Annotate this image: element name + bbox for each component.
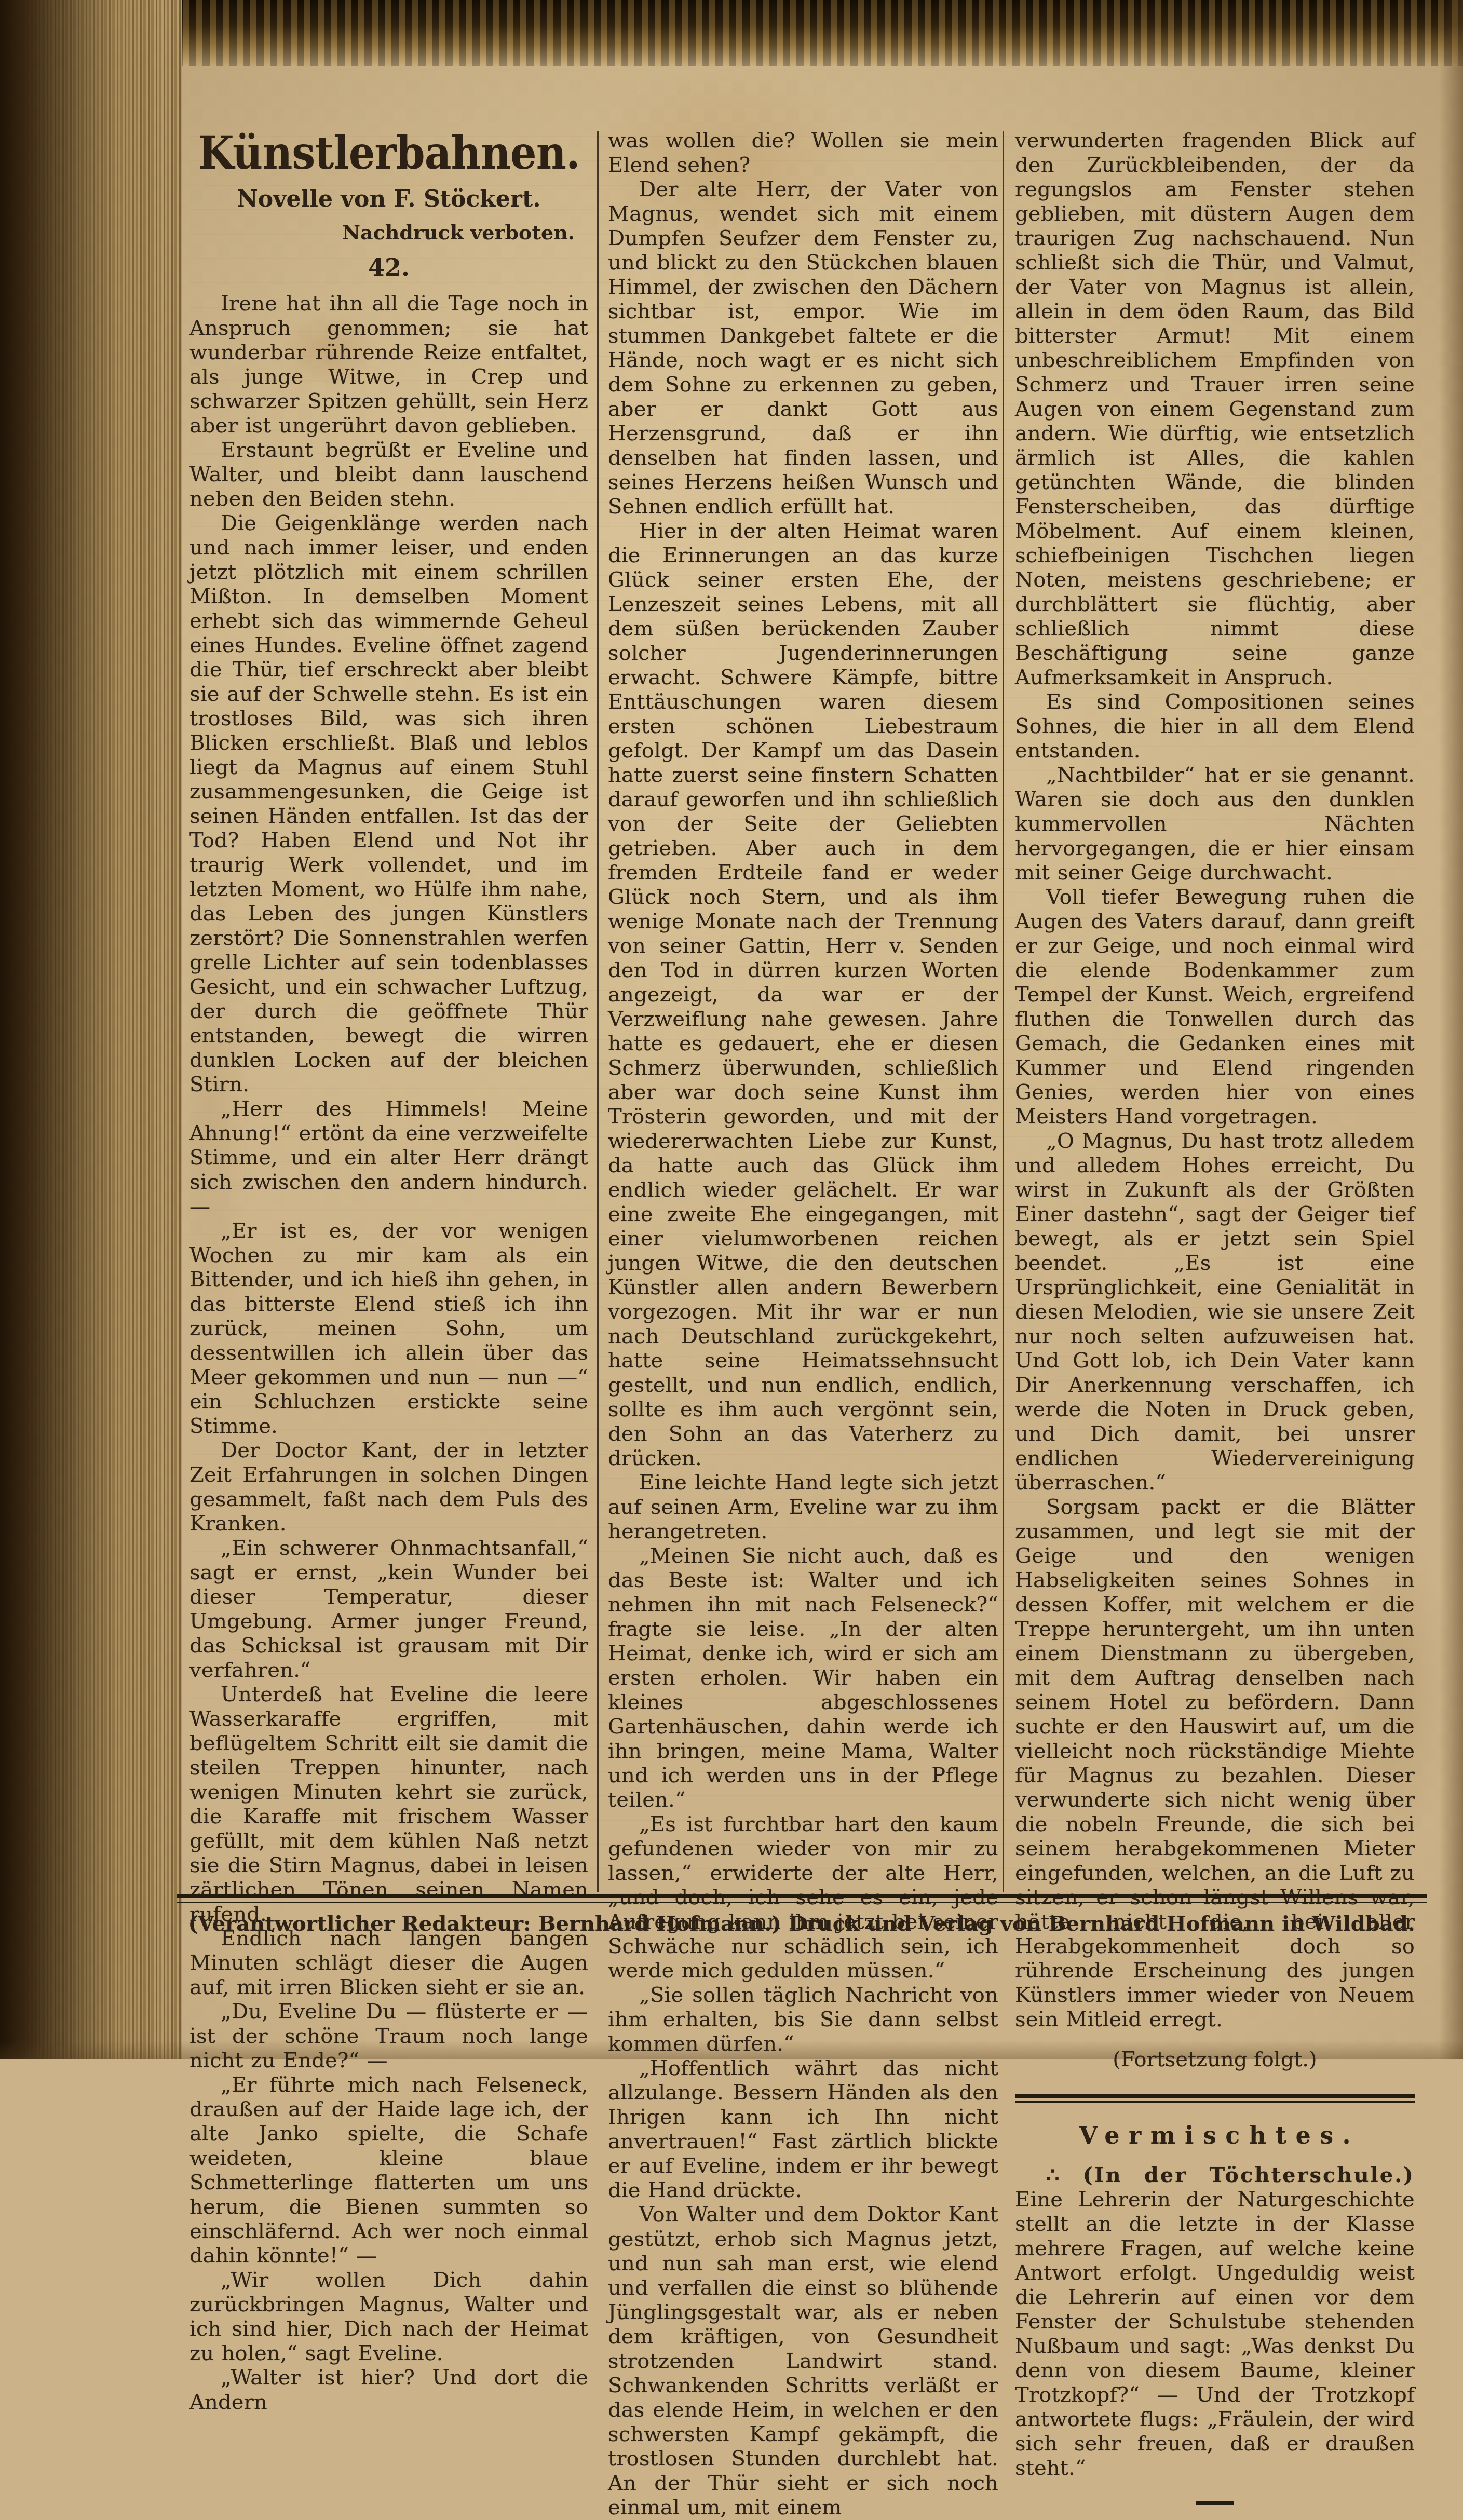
continuation-note: (Fortsetzung folgt.) [1015,2048,1415,2059]
scanned-newspaper-page: Künstlerbahnen. Novelle von F. Stöckert.… [0,0,1463,2059]
column-divider-rule [597,131,599,1892]
paragraph: Erstaunt begrüßt er Eveline und Walter, … [189,438,588,511]
paragraph: „Ein schwerer Ohnmachtsanfall,“ sagt er … [189,1536,588,1683]
paragraph: „Sie sollen täglich Nachricht von ihm er… [608,1983,998,2056]
column-3-paragraphs: verwunderten fragenden Blick auf den Zur… [1015,129,1415,2032]
paragraph: „Er ist es, der vor wenigen Wochen zu mi… [189,1219,588,1439]
book-binding-edge [0,0,182,2059]
chapter-number: 42. [189,253,588,281]
column-2-paragraphs: was wollen die? Wollen sie mein Elend se… [608,129,998,2059]
article-subtitle: Novelle von F. Stöckert. [189,186,588,212]
paragraph: Die Geigenklänge werden nach und nach im… [189,511,588,1097]
footer-rule [177,1894,1427,1903]
book-top-edge [0,0,1463,66]
paragraph: Irene hat ihn all die Tage noch in Anspr… [189,292,588,438]
column-1: Künstlerbahnen. Novelle von F. Stöckert.… [189,129,588,2059]
imprint-line: (Verantwortlicher Redakteur: Bernhard Ho… [177,1912,1427,1936]
paragraph: „O Magnus, Du hast trotz alledem und all… [1015,1129,1415,1495]
column-divider-rule [1003,131,1004,1892]
paragraph: was wollen die? Wollen sie mein Elend se… [608,129,998,178]
paragraph: Sorgsam packt er die Blätter zusammen, u… [1015,1495,1415,2032]
article-title: Künstlerbahnen. [189,129,588,177]
paragraph: „Herr des Himmels! Meine Ahnung!“ ertönt… [189,1097,588,1219]
paragraph: Eine leichte Hand legte sich jetzt auf s… [608,1471,998,1544]
column-3: verwunderten fragenden Blick auf den Zur… [1015,129,1415,2059]
page-right-edge [1439,0,1463,2059]
column-2: was wollen die? Wollen sie mein Elend se… [608,129,998,2059]
paragraph: „Meinen Sie nicht auch, daß es das Beste… [608,1544,998,1812]
paragraph: Voll tiefer Bewegung ruhen die Augen des… [1015,885,1415,1129]
paragraph: verwunderten fragenden Blick auf den Zur… [1015,129,1415,690]
paragraph: „Du, Eveline Du — flüsterte er — ist der… [189,2000,588,2059]
reprint-notice: Nachdruck verboten. [189,221,575,244]
paragraph: Endlich nach langen bangen Minuten schlä… [189,1927,588,2000]
page-content: Künstlerbahnen. Novelle von F. Stöckert.… [189,129,1415,1894]
paragraph: „Nachtbilder“ hat er sie genannt. Waren … [1015,763,1415,885]
paragraph: Der alte Herr, der Vater von Magnus, wen… [608,178,998,519]
paragraph: Unterdeß hat Eveline die leere Wasserkar… [189,1683,588,1927]
paragraph: „Hoffentlich währt das nicht allzulange.… [608,2056,998,2059]
paragraph: Hier in der alten Heimat waren die Erinn… [608,519,998,1471]
paragraph: Es sind Compositionen seines Sohnes, die… [1015,690,1415,763]
column-1-paragraphs: Irene hat ihn all die Tage noch in Anspr… [189,292,588,2059]
paragraph: Der Doctor Kant, der in letzter Zeit Erf… [189,1439,588,1536]
